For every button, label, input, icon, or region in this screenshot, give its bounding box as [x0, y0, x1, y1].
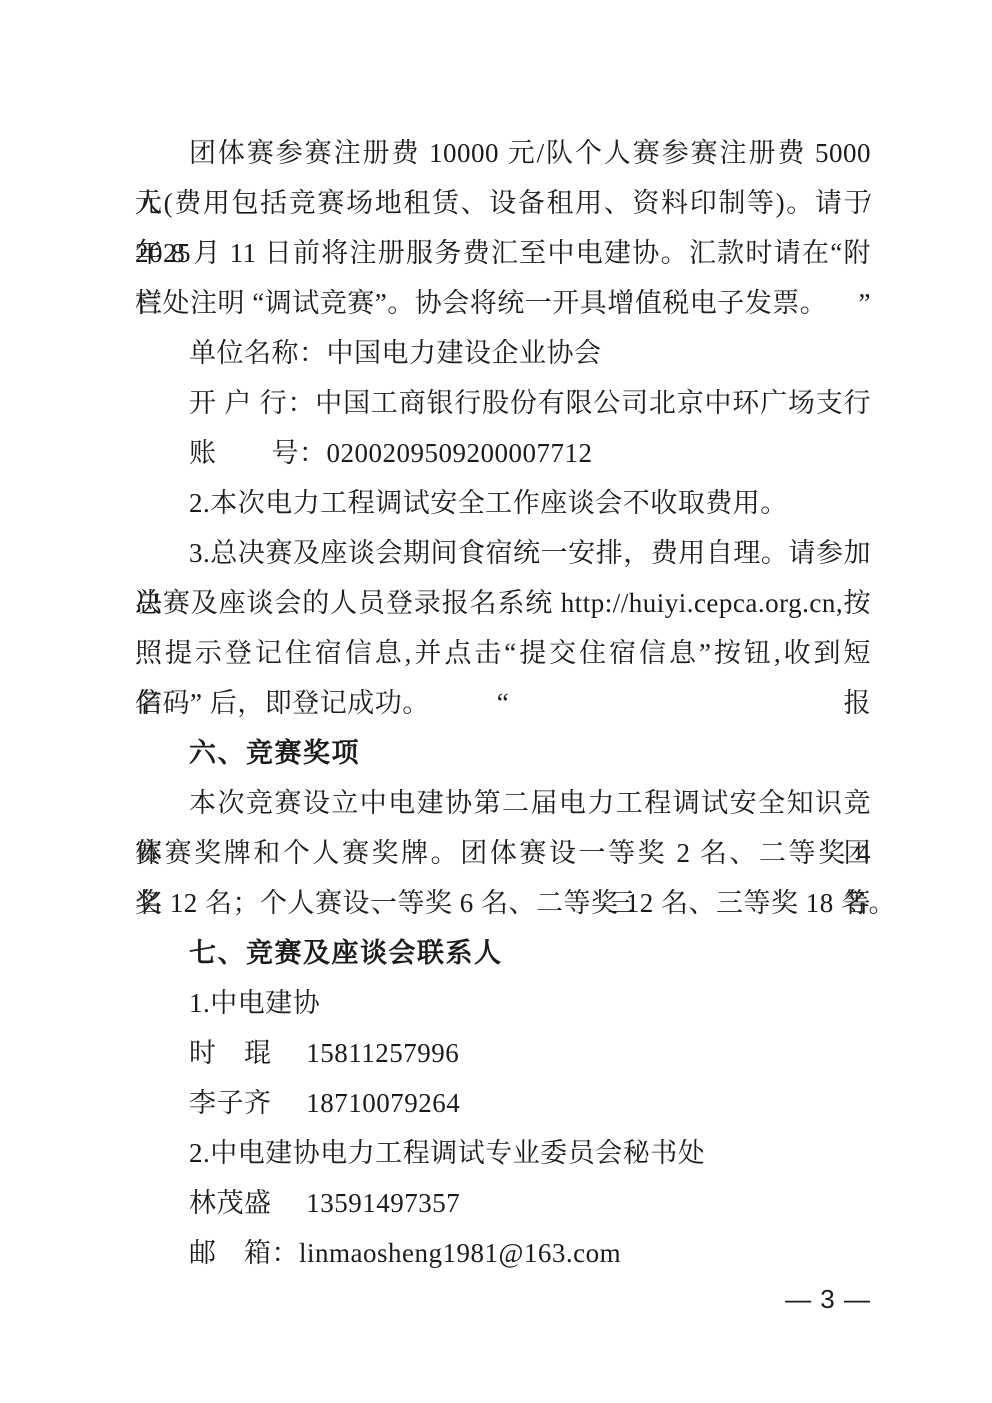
section-heading: 六、竞赛奖项: [135, 728, 871, 778]
document-line: 林茂盛 13591497357: [135, 1178, 871, 1228]
section-heading: 七、竞赛及座谈会联系人: [135, 928, 871, 978]
document-line: 照提示登记住宿信息,并点击“提交住宿信息”按钮,收到短信“报: [135, 628, 871, 678]
document-body: 团体赛参赛注册费 10000 元/队个人赛参赛注册费 5000 元/人(费用包括…: [135, 128, 871, 1278]
page-number: — 3 —: [135, 1284, 871, 1315]
document-page: 团体赛参赛注册费 10000 元/队个人赛参赛注册费 5000 元/人(费用包括…: [0, 0, 992, 1403]
document-line: 时 琨 15811257996: [135, 1028, 871, 1078]
document-line: 人(费用包括竞赛场地租赁、设备租用、资料印制等)。请于 2025: [135, 178, 871, 228]
document-line: 团体赛参赛注册费 10000 元/队个人赛参赛注册费 5000 元/: [135, 128, 871, 178]
document-line: 栏处注明 “调试竞赛”。协会将统一开具增值税电子发票。: [135, 278, 871, 328]
document-line: 账 号：0200209509200007712: [135, 428, 871, 478]
document-line: 本次竞赛设立中电建协第二届电力工程调试安全知识竞赛团: [135, 778, 871, 828]
document-line: 奖 12 名；个人赛设一等奖 6 名、二等奖 12 名、三等奖 18 名。: [135, 878, 871, 928]
document-line: 单位名称：中国电力建设企业协会: [135, 328, 871, 378]
document-line: 2.中电建协电力工程调试专业委员会秘书处: [135, 1128, 871, 1178]
document-line: 3.总决赛及座谈会期间食宿统一安排，费用自理。请参加总: [135, 528, 871, 578]
document-line: 1.中电建协: [135, 978, 871, 1028]
document-line: 2.本次电力工程调试安全工作座谈会不收取费用。: [135, 478, 871, 528]
document-line: 开 户 行：中国工商银行股份有限公司北京中环广场支行: [135, 378, 871, 428]
document-line: 李子齐 18710079264: [135, 1078, 871, 1128]
document-line: 决赛及座谈会的人员登录报名系统 http://huiyi.cepca.org.c…: [135, 578, 871, 628]
document-line: 年 8 月 11 日前将注册服务费汇至中电建协。汇款时请在“附言”: [135, 228, 871, 278]
document-line: 体赛奖牌和个人赛奖牌。团体赛设一等奖 2 名、二等奖 4 名、三等: [135, 828, 871, 878]
document-line: 邮 箱：linmaosheng1981@163.com: [135, 1228, 871, 1278]
